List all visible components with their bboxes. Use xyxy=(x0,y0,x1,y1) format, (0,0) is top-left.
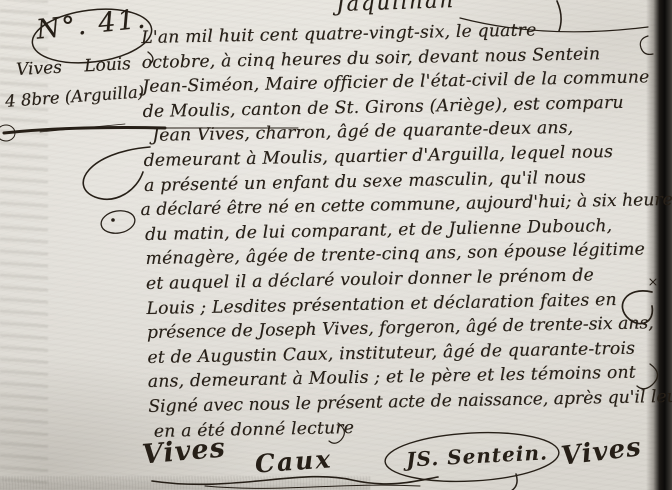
capital-j-swash xyxy=(83,147,150,199)
margin-ink-smear xyxy=(4,128,165,133)
caux-underline-flourish xyxy=(152,477,438,485)
signature-witness-caux: Caux xyxy=(254,444,333,478)
act-body-text: L'an mil huit cent quatre-vingt-six, le … xyxy=(141,16,672,444)
register-page-scan: N°. 41. Vives Louis 4 8bre (Arguilla) Ja… xyxy=(0,0,672,490)
